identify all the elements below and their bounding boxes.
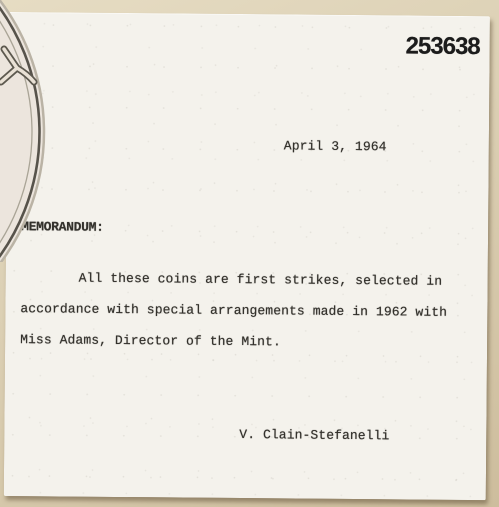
memo-heading: MEMORANDUM:	[21, 219, 104, 235]
stamp-number: 253638	[405, 32, 479, 61]
memo-date: April 3, 1964	[284, 138, 387, 154]
memo-paper: 253638 April 3, 1964 MEMORANDUM: All the…	[4, 12, 490, 500]
memo-body-line: Miss Adams, Director of the Mint.	[20, 332, 467, 367]
memo-body-line: accordance with special arrangements mad…	[20, 301, 467, 336]
memo-body-line: All these coins are first strikes, selec…	[20, 270, 467, 305]
memo-body: All these coins are first strikes, selec…	[20, 270, 468, 367]
memo-signature: V. Clain-Stefanelli	[239, 427, 389, 443]
scanned-memo-page: 253638 April 3, 1964 MEMORANDUM: All the…	[0, 0, 499, 507]
